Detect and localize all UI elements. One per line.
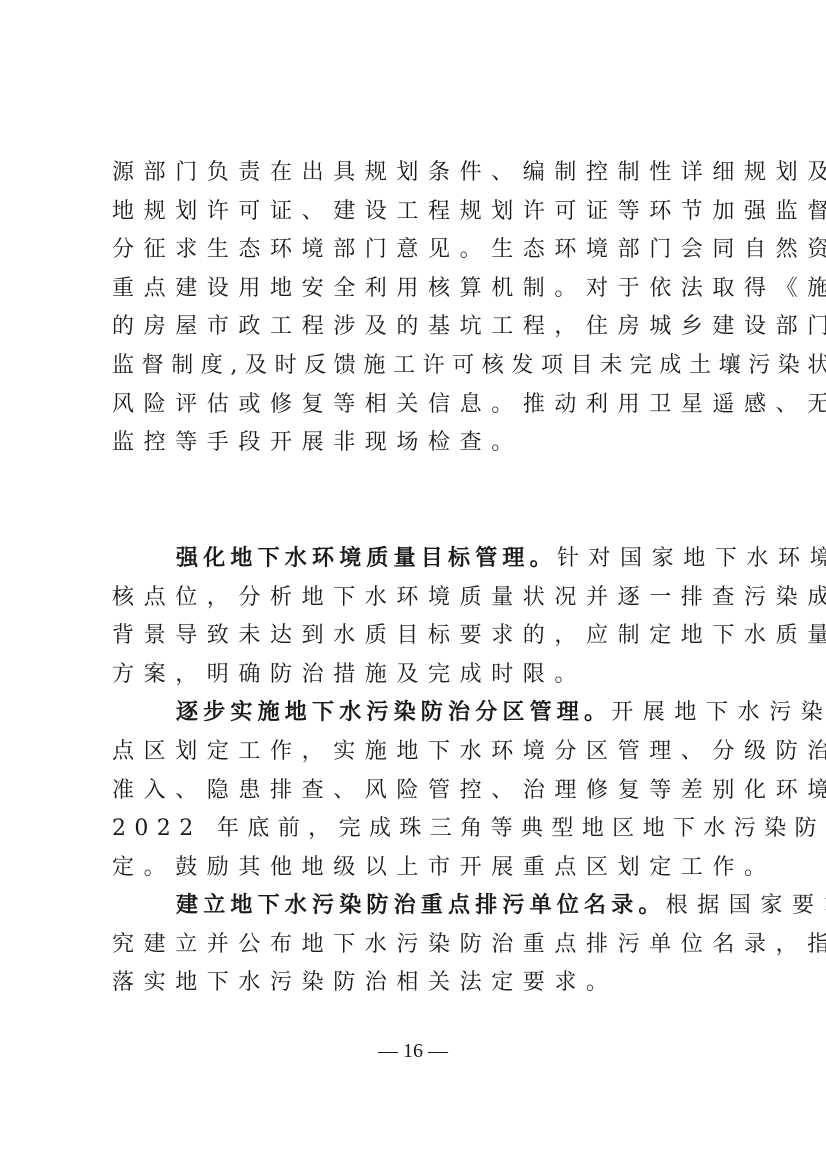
text-line: 究建立并公布地下水污染防治重点排污单位名录，指导督促企业 bbox=[112, 926, 724, 965]
text-line: 重点建设用地安全利用核算机制。对于依法取得《施工许可证》 bbox=[112, 270, 724, 309]
text-line: 地规划许可证、建设工程规划许可证等环节加强监督管理，并充 bbox=[112, 193, 724, 232]
text-line: 风险评估或修复等相关信息。推动利用卫星遥感、无人机、视频 bbox=[112, 386, 724, 425]
text-line: 点区划定工作，实施地下水环境分区管理、分级防治，明确环境 bbox=[112, 733, 724, 772]
text-run: 针对国家地下水环境质量考 bbox=[557, 546, 826, 571]
text-line: 监督制度,及时反馈施工许可核发项目未完成土壤污染状况调查、 bbox=[112, 347, 724, 386]
text-line: 监控等手段开展非现场检查。 bbox=[112, 424, 724, 463]
text-line: 的房屋市政工程涉及的基坑工程，住房城乡建设部门要建立安全 bbox=[112, 308, 724, 347]
paragraph-lead: 建立地下水污染防治重点排污单位名录。 bbox=[176, 893, 666, 918]
text-line: 强化地下水环境质量目标管理。针对国家地下水环境质量考 bbox=[112, 540, 724, 579]
text-line: 2022 年底前，完成珠三角等典型地区地下水污染防治重点区划 bbox=[112, 810, 724, 849]
paragraph-groundwater-quality-targets: 强化地下水环境质量目标管理。针对国家地下水环境质量考 核点位，分析地下水环境质量… bbox=[112, 540, 724, 694]
text-run: 开展地下水污染防治重 bbox=[611, 700, 826, 725]
paragraph-zoned-management: 逐步实施地下水污染防治分区管理。开展地下水污染防治重 点区划定工作，实施地下水环… bbox=[112, 694, 724, 887]
text-line: 落实地下水污染防治相关法定要求。 bbox=[112, 964, 724, 1003]
sub-heading bbox=[112, 501, 724, 540]
text-line: 逐步实施地下水污染防治分区管理。开展地下水污染防治重 bbox=[112, 694, 724, 733]
text-line: 定。鼓励其他地级以上市开展重点区划定工作。 bbox=[112, 849, 724, 888]
paragraph-lead: 强化地下水环境质量目标管理。 bbox=[176, 546, 557, 571]
section-heading bbox=[112, 463, 724, 502]
paragraph-land-use-supervision: 源部门负责在出具规划条件、编制控制性详细规划及发放建设用 地规划许可证、建设工程… bbox=[112, 154, 724, 463]
paragraph-lead: 逐步实施地下水污染防治分区管理。 bbox=[176, 700, 611, 725]
page-number: — 16 — bbox=[0, 1040, 826, 1063]
text-line: 准入、隐患排查、风险管控、治理修复等差别化环境管理要求。 bbox=[112, 772, 724, 811]
text-line: 方案，明确防治措施及完成时限。 bbox=[112, 656, 724, 695]
text-line: 分征求生态环境部门意见。生态环境部门会同自然资源部门建立 bbox=[112, 231, 724, 270]
text-line: 建立地下水污染防治重点排污单位名录。根据国家要求，研 bbox=[112, 887, 724, 926]
text-line: 源部门负责在出具规划条件、编制控制性详细规划及发放建设用 bbox=[112, 154, 724, 193]
text-line: 核点位，分析地下水环境质量状况并逐一排查污染成因。非地质 bbox=[112, 579, 724, 618]
document-page: 源部门负责在出具规划条件、编制控制性详细规划及发放建设用 地规划许可证、建设工程… bbox=[112, 154, 724, 1003]
paragraph-key-polluter-list: 建立地下水污染防治重点排污单位名录。根据国家要求，研 究建立并公布地下水污染防治… bbox=[112, 887, 724, 1003]
text-line: 背景导致未达到水质目标要求的，应制定地下水质量达标或保持 bbox=[112, 617, 724, 656]
text-run: 根据国家要求，研 bbox=[666, 893, 826, 918]
